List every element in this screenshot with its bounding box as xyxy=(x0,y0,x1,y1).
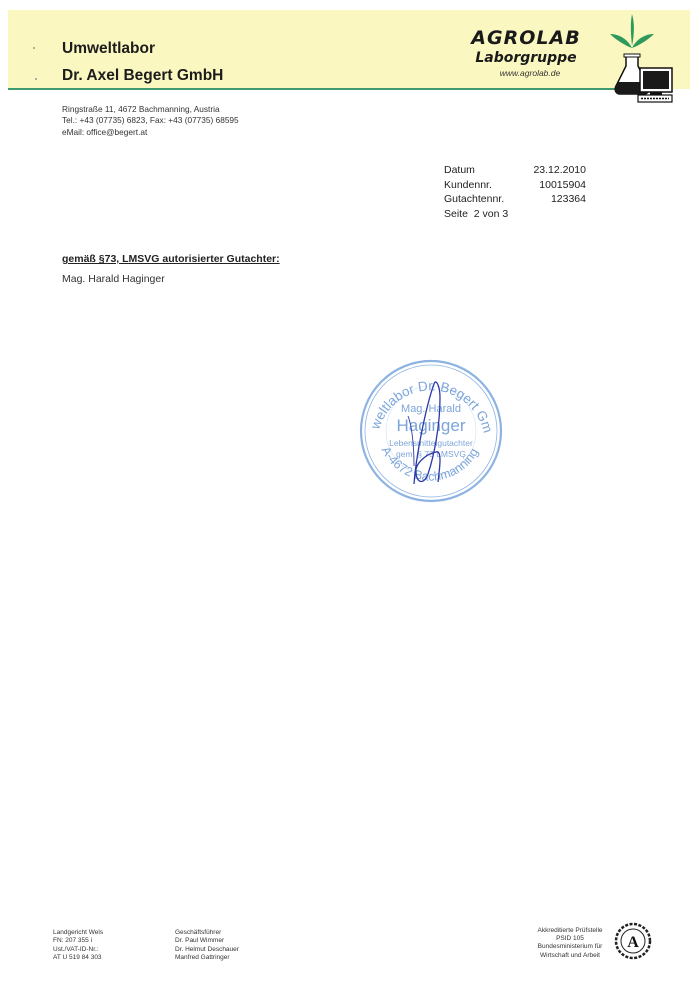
footer-text: Ust./VAT-ID-Nr.: xyxy=(53,946,103,954)
company-name-line2: Dr. Axel Begert GmbH xyxy=(62,67,223,85)
footer-text: Bundesministerium für xyxy=(530,943,610,951)
expert-name: Mag. Harald Haginger xyxy=(62,273,165,285)
letterhead-divider xyxy=(8,88,668,90)
brand-name: AGROLAB xyxy=(462,27,590,49)
brand-url: www.agrolab.de xyxy=(470,68,590,78)
footer-text: AT U 519 84 303 xyxy=(53,954,103,962)
footer-text: Geschäftsführer xyxy=(175,929,239,937)
footer-text: Landgericht Wels xyxy=(53,929,103,937)
document-meta: Datum 23.12.2010 Kundennr. 10015904 Guta… xyxy=(444,163,586,221)
meta-row-date: Datum 23.12.2010 xyxy=(444,163,586,178)
address-phone-fax: Tel.: +43 (07735) 6823, Fax: +43 (07735)… xyxy=(62,115,239,126)
footer-text: Dr. Paul Wimmer xyxy=(175,937,239,945)
meta-row-customer: Kundennr. 10015904 xyxy=(444,178,586,193)
stamp-line2: Haginger xyxy=(397,416,466,435)
meta-label: Gutachtennr. xyxy=(444,192,504,207)
meta-value: 123364 xyxy=(551,192,586,207)
address-street: Ringstraße 11, 4672 Bachmanning, Austria xyxy=(62,104,239,115)
meta-label: Datum xyxy=(444,163,475,178)
footer-text: Dr. Helmut Deschauer xyxy=(175,946,239,954)
company-name-line1: Umweltlabor xyxy=(62,40,155,58)
stamp-line3: Lebensmittelgutachter xyxy=(389,438,473,448)
footer-registry: Landgericht Wels FN: 207 355 i Ust./VAT-… xyxy=(53,929,103,963)
plant-flask-computer-icon xyxy=(608,10,690,104)
stamp-line1: Mag. Harald xyxy=(401,403,461,415)
footer-management: Geschäftsführer Dr. Paul Wimmer Dr. Helm… xyxy=(175,929,239,963)
meta-row-report: Gutachtennr. 123364 xyxy=(444,192,586,207)
brand-subtitle: Laborgruppe xyxy=(462,50,590,66)
company-address: Ringstraße 11, 4672 Bachmanning, Austria… xyxy=(62,104,239,138)
footer-text: FN: 207 355 i xyxy=(53,937,103,945)
meta-value: 23.12.2010 xyxy=(533,163,586,178)
official-stamp: Umweltlabor Dr. Begert GmbH A-4672 Bachm… xyxy=(356,356,506,506)
scan-speck xyxy=(35,78,37,80)
footer-text: Manfred Gattringer xyxy=(175,954,239,962)
page-number: Seite 2 von 3 xyxy=(444,207,586,222)
scan-speck xyxy=(33,47,35,49)
meta-value: 10015904 xyxy=(539,178,586,193)
footer-text: Akkreditierte Prüfstelle xyxy=(530,927,610,935)
address-email: eMail: office@begert.at xyxy=(62,127,239,138)
footer-accreditation: Akkreditierte Prüfstelle PSID 105 Bundes… xyxy=(530,927,610,960)
meta-label: Kundennr. xyxy=(444,178,492,193)
footer-text: Wirtschaft und Arbeit xyxy=(530,952,610,960)
svg-text:A: A xyxy=(627,934,639,951)
section-title: gemäß §73, LMSVG autorisierter Gutachter… xyxy=(62,253,280,265)
footer-text: PSID 105 xyxy=(530,935,610,943)
austrian-accreditation-seal-icon: A xyxy=(614,922,652,960)
